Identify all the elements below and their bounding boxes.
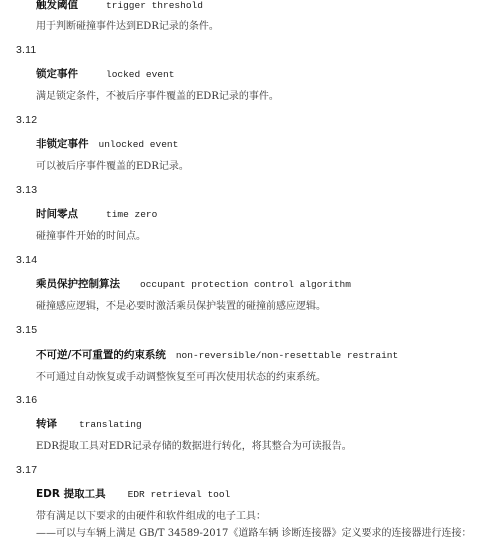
term-chinese: 非锁定事件 [36,138,89,150]
section-number: 3.14 [16,253,37,267]
term-heading: 转译translating [36,417,142,432]
term-heading: EDR 提取工具EDR retrieval tool [36,487,230,502]
term-chinese: 触发阈值 [36,0,78,11]
term-definition: 满足锁定条件，不被后序事件覆盖的EDR记录的事件。 [36,90,279,104]
term-chinese: 转译 [36,418,57,430]
term-definition: 可以被后序事件覆盖的EDR记录。 [36,160,189,174]
term-heading: 时间零点time zero [36,207,157,222]
term-definition: 不可通过自动恢复或手动调整恢复至可再次使用状态的约束系统。 [36,371,326,385]
term-chinese: 不可逆/不可重置的约束系统 [36,349,166,361]
term-chinese: 锁定事件 [36,68,78,80]
term-heading: 非锁定事件unlocked event [36,137,178,152]
term-definition: EDR提取工具对EDR记录存储的数据进行转化，将其整合为可读报告。 [36,440,352,454]
term-definition: 用于判断碰撞事件达到EDR记录的条件。 [36,20,219,34]
term-definition: 带有满足以下要求的由硬件和软件组成的电子工具： [36,510,266,524]
term-english: time zero [106,209,157,220]
term-definition-list-item: ——可以与车辆上满足 GB/T 34589-2017《道路车辆 诊断连接器》定义… [36,527,472,541]
section-number: 3.15 [16,323,37,337]
term-english: unlocked event [99,139,179,150]
term-definition: 碰撞事件开始的时间点。 [36,230,146,244]
section-number: 3.16 [16,393,37,407]
term-heading: 不可逆/不可重置的约束系统non-reversible/non-resettab… [36,348,398,363]
section-number: 3.12 [16,113,37,127]
term-heading: 乘员保护控制算法occupant protection control algo… [36,277,351,292]
term-english: EDR retrieval tool [128,489,231,500]
term-english: locked event [106,69,174,80]
term-english: trigger threshold [106,0,203,11]
term-chinese: 乘员保护控制算法 [36,278,120,290]
term-heading: 触发阈值trigger threshold [36,0,203,13]
section-number: 3.17 [16,463,37,477]
term-definition: 碰撞感应逻辑，不是必要时激活乘员保护装置的碰撞前感应逻辑。 [36,300,326,314]
term-english: non-reversible/non-resettable restraint [176,350,398,361]
term-chinese: EDR 提取工具 [36,488,106,500]
term-chinese: 时间零点 [36,208,78,220]
term-heading: 锁定事件locked event [36,67,174,82]
section-number: 3.11 [16,43,36,57]
section-number: 3.13 [16,183,37,197]
term-english: occupant protection control algorithm [140,279,351,290]
term-english: translating [79,419,142,430]
